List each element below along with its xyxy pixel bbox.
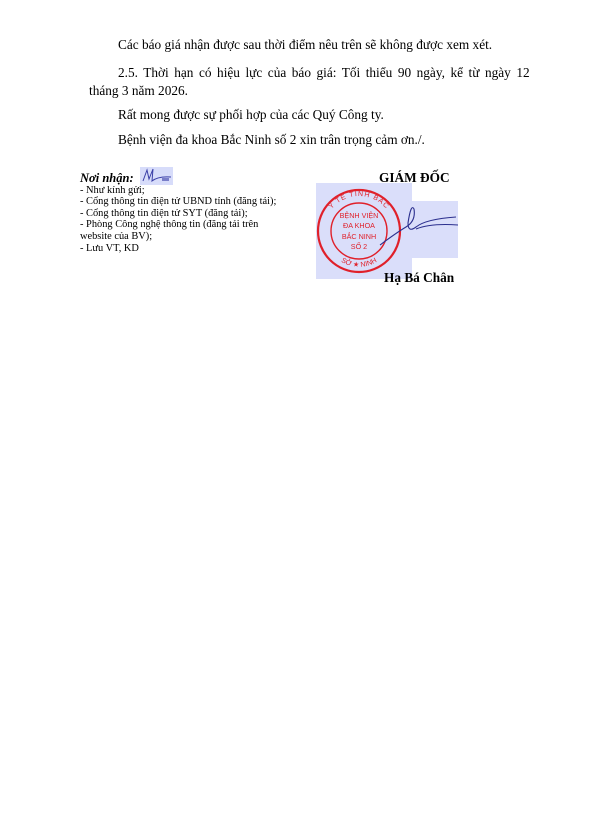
recipient-item: - Phòng Công nghệ thông tin (đăng tải tr… xyxy=(80,219,276,231)
paragraph-validity: 2.5. Thời hạn có hiệu lực của báo giá: T… xyxy=(118,66,530,79)
paragraph-cooperation: Rất mong được sự phối hợp của các Quý Cô… xyxy=(118,108,384,121)
recipient-item: - Như kính gửi; xyxy=(80,185,276,197)
svg-text:BẮC NINH: BẮC NINH xyxy=(342,232,376,241)
official-seal-icon: Y TẾ TỈNH BẮC SỞ ★ NINH BỆNH VIỆN ĐA KHO… xyxy=(316,183,466,283)
svg-text:ĐA KHOA: ĐA KHOA xyxy=(343,221,375,230)
svg-text:BỆNH VIỆN: BỆNH VIỆN xyxy=(340,211,379,220)
paragraph-thanks: Bệnh viện đa khoa Bắc Ninh số 2 xin trân… xyxy=(118,133,425,146)
recipient-item: - Lưu VT, KD xyxy=(80,243,276,255)
recipients-list: Nơi nhận: - Như kính gửi; - Cổng thông t… xyxy=(80,173,276,254)
svg-text:Y TẾ TỈNH BẮC: Y TẾ TỈNH BẮC xyxy=(328,189,390,211)
signer-name: Hạ Bá Chân xyxy=(384,270,454,286)
recipient-item: website của BV); xyxy=(80,231,276,243)
recipients-title: Nơi nhận: xyxy=(80,173,276,185)
paragraph-validity-cont: tháng 3 năm 2026. xyxy=(89,84,188,97)
paragraph-late-quotes: Các báo giá nhận được sau thời điểm nêu … xyxy=(118,38,492,51)
recipient-item: - Cổng thông tin điện tử SYT (đăng tải); xyxy=(80,208,276,220)
svg-text:SỐ 2: SỐ 2 xyxy=(351,241,367,251)
recipient-item: - Cổng thông tin điện tử UBND tỉnh (đăng… xyxy=(80,196,276,208)
